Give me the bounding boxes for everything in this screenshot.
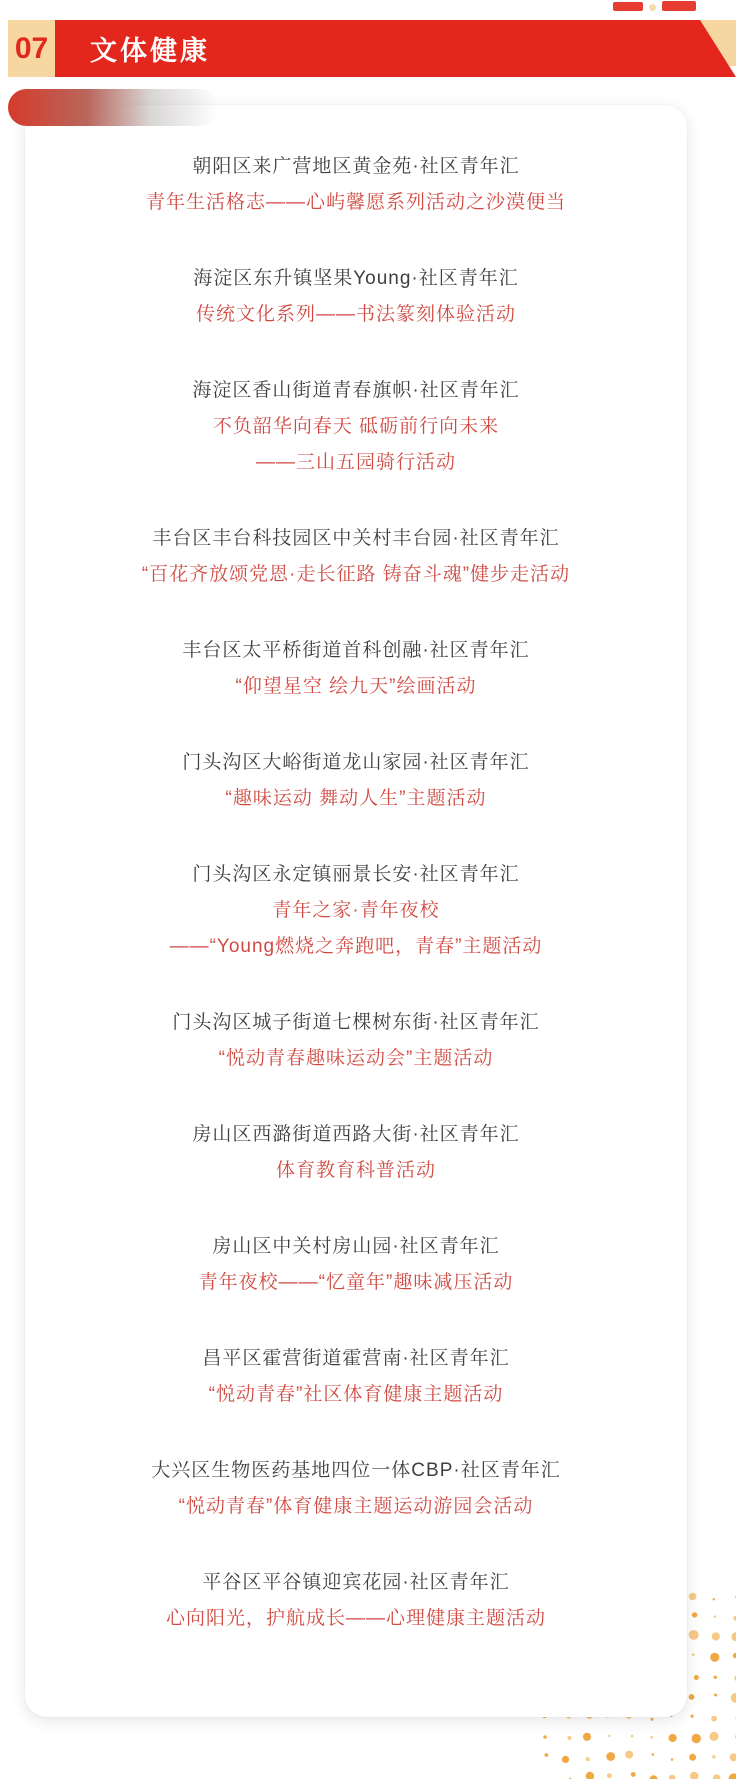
entry-venue: 平谷区平谷镇迎宾花园·社区青年汇: [25, 1565, 687, 1601]
list-item: 门头沟区永定镇丽景长安·社区青年汇 青年之家·青年夜校——“Young燃烧之奔跑…: [25, 857, 687, 965]
entry-activity-line: “仰望星空 绘九天”绘画活动: [25, 669, 687, 705]
entry-venue: 房山区西潞街道西路大街·社区青年汇: [25, 1117, 687, 1153]
entry-activity-line: “悦动青春”体育健康主题运动游园会活动: [25, 1489, 687, 1525]
list-item: 大兴区生物医药基地四位一体CBP·社区青年汇 “悦动青春”体育健康主题运动游园会…: [25, 1453, 687, 1525]
entry-venue: 丰台区太平桥街道首科创融·社区青年汇: [25, 633, 687, 669]
cropped-text-remnant: [649, 4, 656, 11]
entry-venue: 昌平区霍营街道霍营南·社区青年汇: [25, 1341, 687, 1377]
entry-activities: 传统文化系列——书法篆刻体验活动: [25, 297, 687, 333]
entry-list: 朝阳区来广营地区黄金苑·社区青年汇 青年生活格志——心屿馨愿系列活动之沙漠便当 …: [25, 149, 687, 1637]
entry-activity-line: 心向阳光，护航成长——心理健康主题活动: [25, 1601, 687, 1637]
entry-venue: 房山区中关村房山园·社区青年汇: [25, 1229, 687, 1265]
entry-activities: 体育教育科普活动: [25, 1153, 687, 1189]
list-item: 朝阳区来广营地区黄金苑·社区青年汇 青年生活格志——心屿馨愿系列活动之沙漠便当: [25, 149, 687, 221]
entry-venue: 门头沟区城子街道七棵树东街·社区青年汇: [25, 1005, 687, 1041]
list-item: 房山区西潞街道西路大街·社区青年汇 体育教育科普活动: [25, 1117, 687, 1189]
section-number: 07: [15, 32, 48, 66]
entry-venue: 海淀区东升镇坚果Young·社区青年汇: [25, 261, 687, 297]
entry-activity-line: “趣味运动 舞动人生”主题活动: [25, 781, 687, 817]
entry-activities: 不负韶华向春天 砥砺前行向未来——三山五园骑行活动: [25, 409, 687, 481]
cropped-text-remnant: [662, 1, 696, 11]
section-title: 文体健康: [90, 29, 210, 68]
entry-venue: 海淀区香山街道青春旗帜·社区青年汇: [25, 373, 687, 409]
entry-activities: “悦动青春”社区体育健康主题活动: [25, 1377, 687, 1413]
list-item: 丰台区太平桥街道首科创融·社区青年汇 “仰望星空 绘九天”绘画活动: [25, 633, 687, 705]
entry-activity-line: ——三山五园骑行活动: [25, 445, 687, 481]
list-item: 海淀区香山街道青春旗帜·社区青年汇 不负韶华向春天 砥砺前行向未来——三山五园骑…: [25, 373, 687, 481]
list-item: 门头沟区大峪街道龙山家园·社区青年汇 “趣味运动 舞动人生”主题活动: [25, 745, 687, 817]
entry-venue: 丰台区丰台科技园区中关村丰台园·社区青年汇: [25, 521, 687, 557]
list-item: 昌平区霍营街道霍营南·社区青年汇 “悦动青春”社区体育健康主题活动: [25, 1341, 687, 1413]
content-card: 朝阳区来广营地区黄金苑·社区青年汇 青年生活格志——心屿馨愿系列活动之沙漠便当 …: [25, 105, 687, 1717]
list-item: 房山区中关村房山园·社区青年汇 青年夜校——“忆童年”趣味减压活动: [25, 1229, 687, 1301]
section-number-box: 07: [8, 20, 55, 77]
entry-activity-line: “百花齐放颂党恩·走长征路 铸奋斗魂”健步走活动: [25, 557, 687, 593]
entry-activities: “百花齐放颂党恩·走长征路 铸奋斗魂”健步走活动: [25, 557, 687, 593]
entry-activity-line: 传统文化系列——书法篆刻体验活动: [25, 297, 687, 333]
entry-activity-line: ——“Young燃烧之奔跑吧，青春”主题活动: [25, 929, 687, 965]
list-item: 海淀区东升镇坚果Young·社区青年汇 传统文化系列——书法篆刻体验活动: [25, 261, 687, 333]
entry-activities: “悦动青春”体育健康主题运动游园会活动: [25, 1489, 687, 1525]
entry-activity-line: 青年生活格志——心屿馨愿系列活动之沙漠便当: [25, 185, 687, 221]
banner-bar: 文体健康: [55, 20, 736, 77]
entry-activity-line: “悦动青春”社区体育健康主题活动: [25, 1377, 687, 1413]
gradient-pill-decoration: [8, 89, 218, 126]
entry-activities: “仰望星空 绘九天”绘画活动: [25, 669, 687, 705]
entry-activity-line: 体育教育科普活动: [25, 1153, 687, 1189]
list-item: 平谷区平谷镇迎宾花园·社区青年汇 心向阳光，护航成长——心理健康主题活动: [25, 1565, 687, 1637]
entry-venue: 门头沟区永定镇丽景长安·社区青年汇: [25, 857, 687, 893]
entry-activities: 青年之家·青年夜校——“Young燃烧之奔跑吧，青春”主题活动: [25, 893, 687, 965]
entry-venue: 大兴区生物医药基地四位一体CBP·社区青年汇: [25, 1453, 687, 1489]
entry-activity-line: 青年之家·青年夜校: [25, 893, 687, 929]
entry-activities: 青年夜校——“忆童年”趣味减压活动: [25, 1265, 687, 1301]
entry-activities: 心向阳光，护航成长——心理健康主题活动: [25, 1601, 687, 1637]
cropped-text-remnant: [613, 2, 643, 11]
entry-venue: 门头沟区大峪街道龙山家园·社区青年汇: [25, 745, 687, 781]
section-header: 07 文体健康: [8, 20, 736, 77]
entry-activity-line: 不负韶华向春天 砥砺前行向未来: [25, 409, 687, 445]
entry-activity-line: “悦动青春趣味运动会”主题活动: [25, 1041, 687, 1077]
list-item: 丰台区丰台科技园区中关村丰台园·社区青年汇 “百花齐放颂党恩·走长征路 铸奋斗魂…: [25, 521, 687, 593]
list-item: 门头沟区城子街道七棵树东街·社区青年汇 “悦动青春趣味运动会”主题活动: [25, 1005, 687, 1077]
poster-page: { "header": { "number": "07", "title": "…: [0, 0, 736, 1779]
entry-activities: “趣味运动 舞动人生”主题活动: [25, 781, 687, 817]
entry-activities: 青年生活格志——心屿馨愿系列活动之沙漠便当: [25, 185, 687, 221]
section-banner: 文体健康: [55, 20, 736, 77]
entry-activities: “悦动青春趣味运动会”主题活动: [25, 1041, 687, 1077]
entry-activity-line: 青年夜校——“忆童年”趣味减压活动: [25, 1265, 687, 1301]
entry-venue: 朝阳区来广营地区黄金苑·社区青年汇: [25, 149, 687, 185]
